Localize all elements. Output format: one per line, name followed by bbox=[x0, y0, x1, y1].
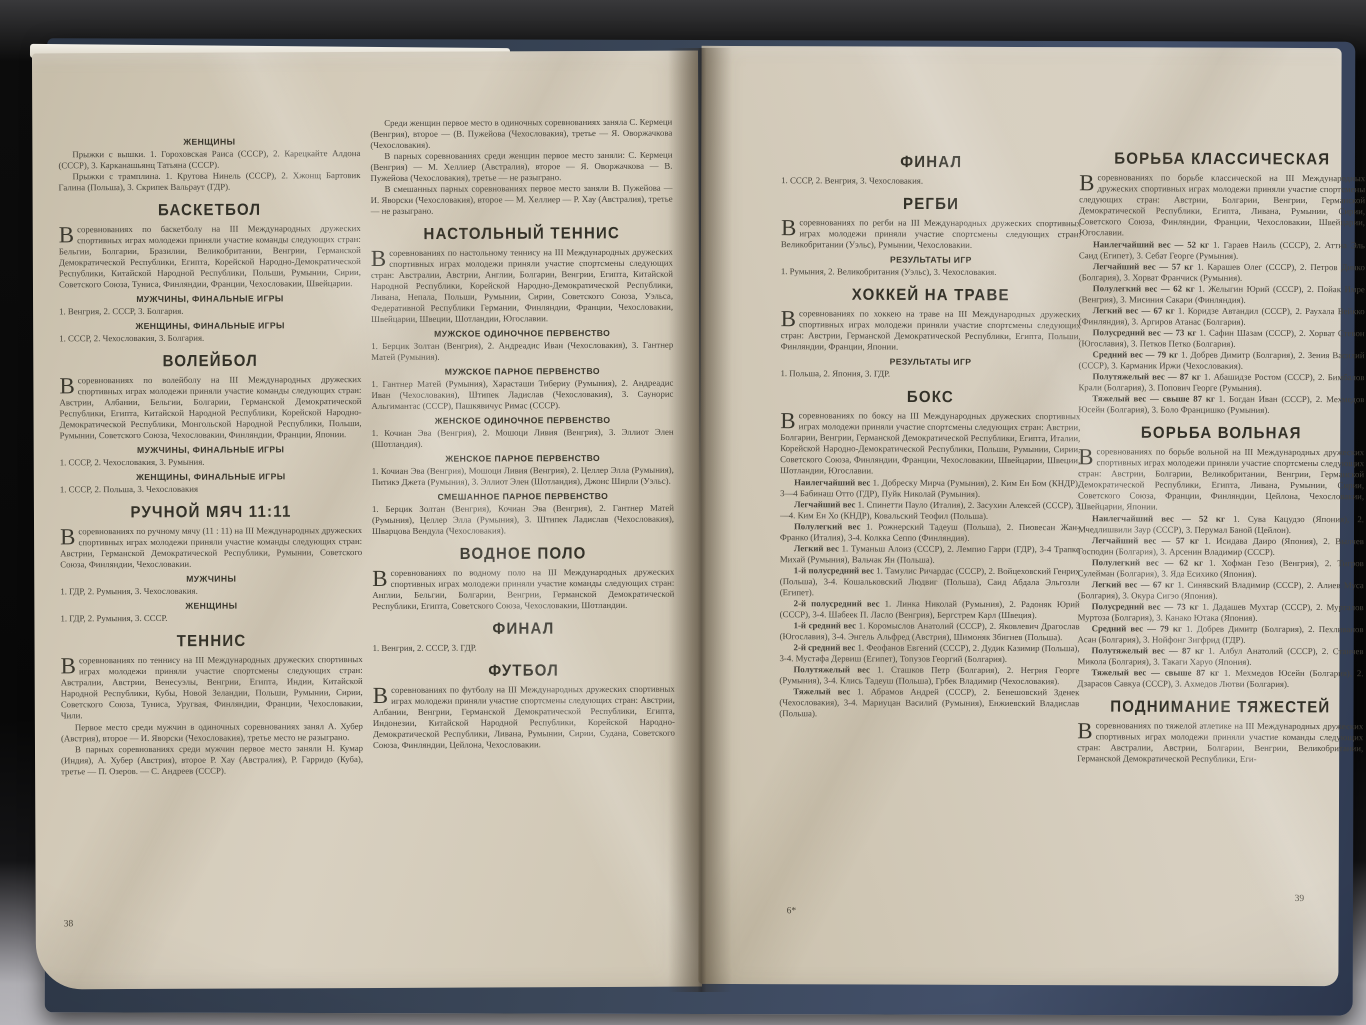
weight-class-result: Легкий вес — 67 кг 1. Синявский Владимир… bbox=[1078, 579, 1364, 602]
weight-class-result: Наилегчайший вес — 52 кг 1. Гараев Наиль… bbox=[1079, 239, 1365, 262]
weight-class-label: Наилегчайший вес — 52 кг bbox=[1093, 239, 1213, 249]
intro-paragraph: Всоревнованиях по волейболу на III Между… bbox=[59, 374, 361, 441]
paragraph: В парных соревнованиях среди мужчин перв… bbox=[61, 743, 363, 777]
paragraph: Прыжки с трамплина. 1. Крутова Нинель (С… bbox=[58, 170, 360, 193]
text-column: ФИНАЛ1. СССР, 2. Венгрия, 3. Чехословаки… bbox=[779, 144, 1082, 931]
intro-paragraph: Всоревнованиях по футболу на III Междуна… bbox=[373, 684, 675, 751]
drop-cap-letter: В bbox=[1078, 446, 1096, 466]
intro-paragraph: Всоревнованиях по баскетболу на III Межд… bbox=[59, 223, 361, 290]
weight-class-result: 2-й средний вес 1. Феофанов Евгений (ССС… bbox=[779, 642, 1079, 665]
weight-class-label: Легчайший вес — 57 кг bbox=[1092, 535, 1204, 545]
weight-class-result: Полутяжелый вес — 87 кг 1. Албул Анатоли… bbox=[1077, 645, 1363, 668]
book-page-left: ЖЕНЩИНЫПрыжки с вышки. 1. Гороховская Ра… bbox=[32, 51, 702, 990]
section-heading: НАСТОЛЬНЫЙ ТЕННИС bbox=[371, 224, 673, 244]
weight-class-label: Средний вес — 79 кг bbox=[1092, 623, 1186, 633]
section-heading: БОРЬБА КЛАССИЧЕСКАЯ bbox=[1079, 150, 1365, 169]
weight-class-result: Средний вес — 79 кг 1. Добрев Димитр (Бо… bbox=[1078, 623, 1364, 646]
weight-class-label: Легкий вес — 67 кг bbox=[1092, 579, 1178, 589]
weight-class-label: Наилегчайший вес — 52 кг bbox=[1092, 513, 1233, 523]
weight-class-result: 2-й полусредний вес 1. Линка Николай (Ру… bbox=[780, 598, 1080, 621]
section-heading: БАСКЕТБОЛ bbox=[59, 200, 361, 220]
drop-cap-letter: В bbox=[371, 248, 389, 268]
section-heading: БОКС bbox=[780, 387, 1080, 406]
weight-class-result: Наилегчайший вес — 52 кг 1. Сува Кацудзо… bbox=[1078, 513, 1364, 536]
book-page-right: ФИНАЛ1. СССР, 2. Венгрия, 3. Чехословаки… bbox=[698, 46, 1341, 986]
drop-cap-letter: В bbox=[781, 308, 799, 328]
weight-class-result: Тяжелый вес — свыше 87 кг 1. Мехмедов Юс… bbox=[1077, 667, 1363, 690]
drop-cap-letter: В bbox=[60, 526, 78, 546]
section-heading: РУЧНОЙ МЯЧ 11:11 bbox=[60, 502, 362, 522]
weight-class-result: Наилегчайший вес 1. Добреску Мирча (Румы… bbox=[780, 477, 1080, 500]
weight-class-result: Полусредний вес — 73 кг 1. Сафин Шазам (… bbox=[1079, 327, 1365, 350]
weight-class-label: Легкий вес bbox=[794, 543, 842, 553]
weight-class-result: Полулегкий вес — 62 кг 1. Хофман Гезо (В… bbox=[1078, 557, 1364, 580]
weight-class-result: Легкий вес 1. Туманьш Алоиз (СССР), 2. Л… bbox=[780, 543, 1080, 566]
section-heading: ФИНАЛ bbox=[372, 619, 674, 639]
weight-class-label: Полутяжелый вес bbox=[793, 664, 877, 674]
subsection-heading: РЕЗУЛЬТАТЫ ИГР bbox=[781, 254, 1081, 265]
results-line: 1. СССР, 2. Чехословакия, 3. Румыния. bbox=[60, 456, 362, 468]
section-heading: ФУТБОЛ bbox=[373, 661, 675, 681]
paragraph: В смешанных парных соревнованиях первое … bbox=[371, 183, 673, 217]
weight-class-result: 1-й средний вес 1. Коромыслов Анатолий (… bbox=[780, 620, 1080, 643]
weight-class-result: 1-й полусредний вес 1. Тамулис Ричардас … bbox=[780, 565, 1080, 599]
results-line: 1. ГДР, 2. Румыния, 3. Чехословакия. bbox=[60, 585, 362, 597]
text-column: ЖЕНЩИНЫПрыжки с вышки. 1. Гороховская Ра… bbox=[58, 132, 364, 945]
weight-class-label: Легкий вес — 67 кг bbox=[1093, 305, 1178, 315]
drop-cap-letter: В bbox=[373, 685, 391, 705]
weight-class-result: Полутяжелый вес — 87 кг 1. Абашидзе Рост… bbox=[1078, 371, 1364, 394]
paragraph: В парных соревнованиях среди женщин перв… bbox=[370, 150, 672, 184]
drop-cap-letter: В bbox=[61, 655, 79, 675]
intro-paragraph: Всоревнованиях по регби на III Междунаро… bbox=[781, 217, 1081, 251]
results-line: 1. Польша, 2. Япония, 3. ГДР. bbox=[780, 368, 1080, 380]
weight-class-label: 1-й средний вес bbox=[794, 620, 859, 630]
weight-class-result: Легчайший вес — 57 кг 1. Исидава Даиро (… bbox=[1078, 535, 1364, 558]
subsection-heading: МУЖЧИНЫ bbox=[60, 573, 362, 584]
weight-class-result: Легчайший вес — 57 кг 1. Карашев Олег (С… bbox=[1079, 261, 1365, 284]
drop-cap-letter: В bbox=[372, 568, 390, 588]
weight-class-label: Полулегкий вес — 62 кг bbox=[1092, 557, 1209, 567]
subsection-heading: ЖЕНЩИНЫ bbox=[60, 600, 362, 611]
subsection-heading: МУЖСКОЕ ОДИНОЧНОЕ ПЕРВЕНСТВО bbox=[371, 328, 673, 339]
section-heading: ХОККЕЙ НА ТРАВЕ bbox=[781, 285, 1081, 304]
section-heading: РЕГБИ bbox=[781, 194, 1081, 213]
weight-class-label: Полутяжелый вес — 87 кг bbox=[1092, 645, 1209, 655]
weight-class-label: Средний вес — 79 кг bbox=[1093, 349, 1181, 359]
section-heading: ПОДНИМАНИЕ ТЯЖЕСТЕЙ bbox=[1077, 698, 1363, 717]
results-line: 1. Берцик Золтан (Венгрия), Кочиан Эва (… bbox=[372, 503, 674, 537]
intro-paragraph: Всоревнованиях по хоккею на траве на III… bbox=[781, 308, 1081, 353]
weight-class-result: Полутяжелый вес 1. Сташков Петр (Болгари… bbox=[779, 664, 1079, 687]
subsection-heading: ЖЕНСКОЕ ПАРНОЕ ПЕРВЕНСТВО bbox=[372, 453, 674, 464]
results-line: 1. ГДР, 2. Румыния, 3. СССР. bbox=[60, 612, 362, 624]
drop-cap-letter: В bbox=[1079, 172, 1097, 192]
weight-class-label: Тяжелый вес — свыше 87 кг bbox=[1092, 393, 1218, 403]
page-number-right: 39 bbox=[1295, 894, 1305, 904]
photo-background: ЖЕНЩИНЫПрыжки с вышки. 1. Гороховская Ра… bbox=[0, 0, 1366, 1025]
weight-class-label: Тяжелый вес — свыше 87 кг bbox=[1091, 667, 1223, 677]
subsection-heading: СМЕШАННОЕ ПАРНОЕ ПЕРВЕНСТВО bbox=[372, 491, 674, 502]
drop-cap-letter: В bbox=[59, 224, 77, 244]
drop-cap-letter: В bbox=[59, 375, 77, 395]
weight-class-result: Полусредний вес — 73 кг 1. Дадашев Мухта… bbox=[1078, 601, 1364, 624]
subsection-heading: РЕЗУЛЬТАТЫ ИГР bbox=[781, 356, 1081, 367]
results-line: 1. Венгрия, 2. СССР, 3. Болгария. bbox=[59, 305, 361, 317]
weight-class-result: Легкий вес — 67 кг 1. Коридзе Автандил (… bbox=[1079, 305, 1365, 328]
subsection-heading: ЖЕНЩИНЫ, ФИНАЛЬНЫЕ ИГРЫ bbox=[59, 320, 361, 331]
text-column: БОРЬБА КЛАССИЧЕСКАЯВсоревнованиях по бор… bbox=[1076, 141, 1365, 966]
text-column: Среди женщин первое место в одиночных со… bbox=[370, 117, 675, 918]
subsection-heading: ЖЕНЩИНЫ, ФИНАЛЬНЫЕ ИГРЫ bbox=[60, 471, 362, 482]
intro-paragraph: Всоревнованиях по ручному мячу (11 : 11)… bbox=[60, 525, 362, 570]
intro-paragraph: Всоревнованиях по тяжелой атлетике на II… bbox=[1077, 720, 1363, 765]
section-heading: ВОЛЕЙБОЛ bbox=[59, 351, 361, 371]
subsection-heading: МУЖСКОЕ ПАРНОЕ ПЕРВЕНСТВО bbox=[371, 366, 673, 377]
weight-class-label: Полулегкий вес bbox=[794, 521, 866, 531]
results-line: 1. Кочиан Эва (Венгрия), 2. Мошоци Ливия… bbox=[372, 427, 674, 450]
weight-class-label: Наилегчайший вес bbox=[794, 477, 873, 487]
intro-paragraph: Всоревнованиях по теннису на III Междуна… bbox=[61, 654, 363, 721]
weight-class-result: Средний вес — 79 кг 1. Добрев Димитр (Бо… bbox=[1079, 349, 1365, 372]
weight-class-result: Полулегкий вес — 62 кг 1. Желыгин Юрий (… bbox=[1079, 283, 1365, 306]
weight-class-label: Тяжелый вес bbox=[793, 686, 857, 696]
section-heading: ВОДНОЕ ПОЛО bbox=[372, 544, 674, 564]
weight-class-label: Легчайший вес — 57 кг bbox=[1093, 261, 1197, 271]
weight-class-label: 1-й полусредний вес bbox=[794, 565, 877, 575]
weight-class-label: Полутяжелый вес — 87 кг bbox=[1092, 371, 1203, 381]
weight-class-label: 2-й полусредний вес bbox=[794, 598, 885, 608]
results-line: 1. Гантнер Матей (Румыния), Харасташи Ти… bbox=[371, 378, 673, 412]
weight-class-result: Легчайший вес 1. Спинетти Пауло (Италия)… bbox=[780, 499, 1080, 522]
subsection-heading: МУЖЧИНЫ, ФИНАЛЬНЫЕ ИГРЫ bbox=[59, 293, 361, 304]
results-line: 1. СССР, 2. Чехословакия, 3. Болгария. bbox=[59, 332, 361, 344]
section-heading: БОРЬБА ВОЛЬНАЯ bbox=[1078, 424, 1364, 443]
weight-class-label: Полулегкий вес — 62 кг bbox=[1093, 283, 1198, 293]
weight-class-label: Полусредний вес — 73 кг bbox=[1092, 601, 1203, 611]
paragraph: Прыжки с вышки. 1. Гороховская Раиса (СС… bbox=[58, 148, 360, 171]
results-line: 1. Кочиан Эва (Венгрия), Мошоци Ливия (В… bbox=[372, 465, 674, 488]
results-line: 1. Румыния, 2. Великобритания (Уэльс), 3… bbox=[781, 266, 1081, 278]
intro-paragraph: Всоревнованиях по борьбе классической на… bbox=[1079, 172, 1365, 239]
section-heading: ФИНАЛ bbox=[781, 152, 1081, 171]
weight-class-result: Тяжелый вес 1. Абрамов Андрей (СССР), 2.… bbox=[779, 686, 1079, 720]
results-line: 1. Венгрия, 2. СССР, 3. ГДР. bbox=[373, 642, 675, 654]
paragraph: Первое место среди мужчин в одиночных со… bbox=[61, 721, 363, 744]
drop-cap-letter: В bbox=[780, 410, 798, 430]
paragraph: Среди женщин первое место в одиночных со… bbox=[370, 117, 672, 151]
subsection-heading: ЖЕНЩИНЫ bbox=[58, 136, 360, 147]
weight-class-result: Тяжелый вес — свыше 87 кг 1. Богдан Иван… bbox=[1078, 393, 1364, 416]
drop-cap-letter: В bbox=[1077, 720, 1095, 740]
results-line: 1. СССР, 2. Польша, 3. Чехословакия bbox=[60, 483, 362, 495]
intro-paragraph: Всоревнованиях по борьбе вольной на III … bbox=[1078, 446, 1364, 513]
weight-class-label: Легчайший вес bbox=[794, 499, 858, 509]
weight-class-result: Полулегкий вес 1. Рожнерский Тадеуш (Пол… bbox=[780, 521, 1080, 544]
intro-paragraph: Всоревнованиях по боксу на III Междунаро… bbox=[780, 410, 1080, 477]
subsection-heading: МУЖЧИНЫ, ФИНАЛЬНЫЕ ИГРЫ bbox=[60, 444, 362, 455]
intro-paragraph: Всоревнованиях по водному поло на III Ме… bbox=[372, 567, 674, 612]
subsection-heading: ЖЕНСКОЕ ОДИНОЧНОЕ ПЕРВЕНСТВО bbox=[372, 415, 674, 426]
page-number-left: 38 bbox=[64, 919, 74, 929]
results-line: 1. Берцик Золтан (Венгрия), 2. Андреадис… bbox=[371, 340, 673, 363]
weight-class-label: 2-й средний вес bbox=[794, 642, 858, 652]
drop-cap-letter: В bbox=[781, 217, 799, 237]
section-heading: ТЕННИС bbox=[60, 631, 362, 651]
weight-class-label: Полусредний вес — 73 кг bbox=[1093, 327, 1200, 337]
results-line: 1. СССР, 2. Венгрия, 3. Чехословакия. bbox=[781, 175, 1081, 187]
intro-paragraph: Всоревнованиях по настольному теннису на… bbox=[371, 247, 673, 325]
signature-mark: 6* bbox=[787, 906, 797, 916]
